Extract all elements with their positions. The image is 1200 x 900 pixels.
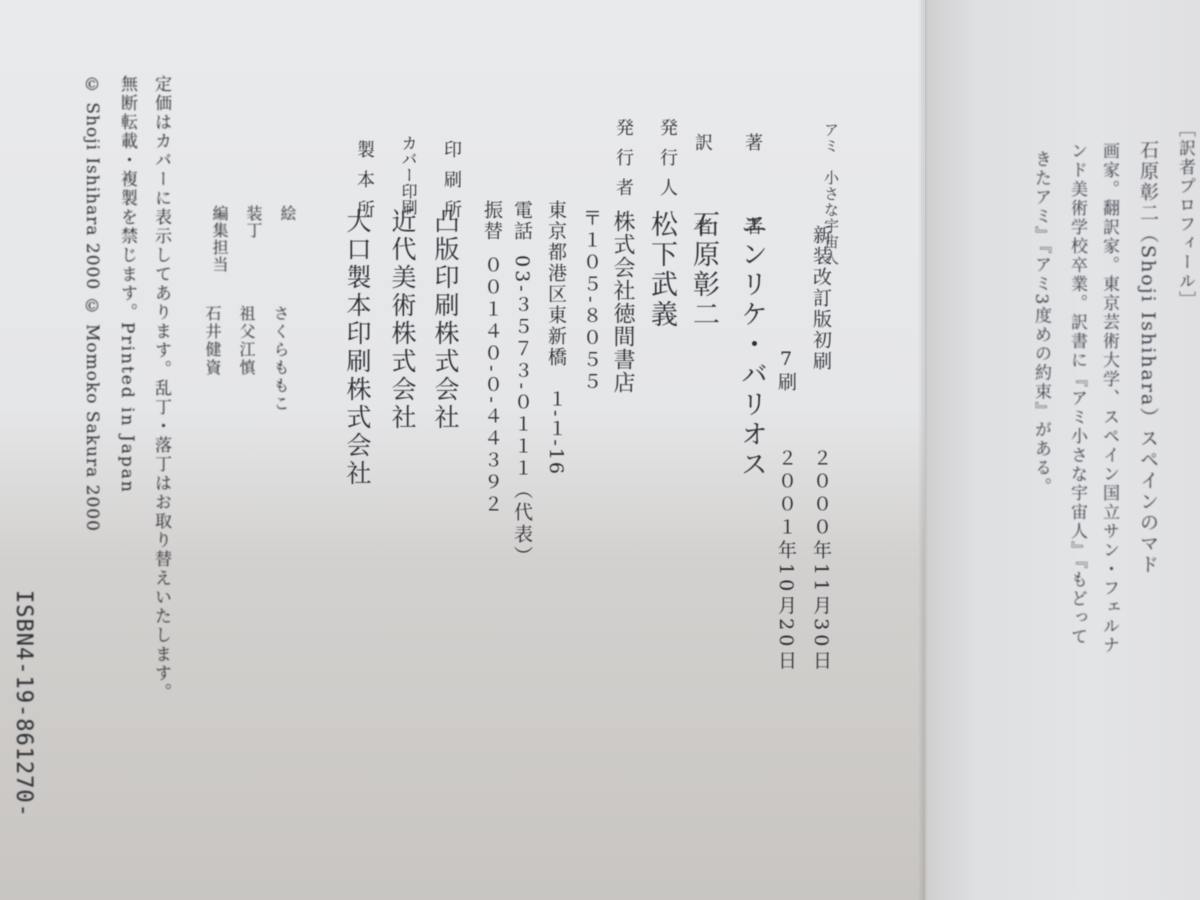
printer-name: 凸版印刷株式会社: [433, 208, 458, 432]
profile-line-3: ンド美術学校卒業。訳書に『アミ小さな宇宙人』『もどって: [1068, 142, 1085, 647]
profile-heading: ［訳者プロフィール］: [1176, 120, 1193, 310]
isbn: ISBN4-19-861270-: [12, 590, 34, 818]
author-name: エンリケ・バリオス: [738, 210, 765, 480]
role-cover-printer: カバー印刷: [400, 135, 416, 215]
profile-line-1: 石原彰二（Shoji Ishihara）スペインのマド: [1138, 140, 1157, 575]
profile-line-4: きたアミ』『アミ3度めの約束』がある。: [1032, 150, 1049, 496]
binder-name: 大口製本印刷株式会社: [345, 208, 370, 488]
role-publisher: 発行者: [614, 118, 632, 208]
edition-date-reprint: ２００１年10月20日: [776, 448, 795, 673]
role-designer: 装丁: [245, 205, 261, 239]
edition-date-first: ２０００年11月30日: [811, 448, 830, 673]
editor-name: 石井健資: [204, 305, 220, 377]
phone-label: 電話: [512, 200, 531, 242]
page-fold: [918, 0, 928, 900]
translator-name: 石原彰二: [690, 210, 717, 330]
notice-copyright-holders: © Shoji Ishihara 2000 © Momoko Sakura 20…: [83, 75, 100, 532]
notice-copyright-print: 無断転載・複製を禁じます。Printed in Japan: [118, 75, 135, 494]
designer-name: 祖父江慎: [238, 305, 254, 377]
edition-label-first: 新装改訂版初刷: [811, 225, 830, 372]
notice-price-replacement: 定価はカバーに表示してあります。乱丁・落丁はお取り替えいたします。: [152, 75, 169, 702]
transfer-label: 振替: [482, 200, 501, 242]
edition-label-reprint: 7刷: [776, 348, 795, 393]
phone-number: 03-３５７３-０１１１（代表）: [512, 255, 531, 568]
role-issuer: 発行人: [658, 118, 676, 208]
profile-line-2: 画家。翻訳家。東京芸術大学、スペイン国立サン・フェルナ: [1100, 142, 1117, 655]
role-illustrator: 絵: [279, 205, 295, 222]
role-editor: 編集担当: [211, 205, 227, 273]
publisher-name: 株式会社徳間書店: [611, 210, 633, 394]
transfer-number: ００１４０-０-４４３９２: [482, 255, 501, 516]
illustrator-name: さくらももこ: [272, 305, 288, 413]
postal-code: 〒１０５-８０５５: [581, 208, 600, 393]
publisher-address: 東京都港区東新橋 １-１-16: [546, 200, 565, 476]
issuer-name: 松下武義: [648, 210, 675, 330]
cover-printer-name: 近代美術株式会社: [390, 208, 415, 432]
